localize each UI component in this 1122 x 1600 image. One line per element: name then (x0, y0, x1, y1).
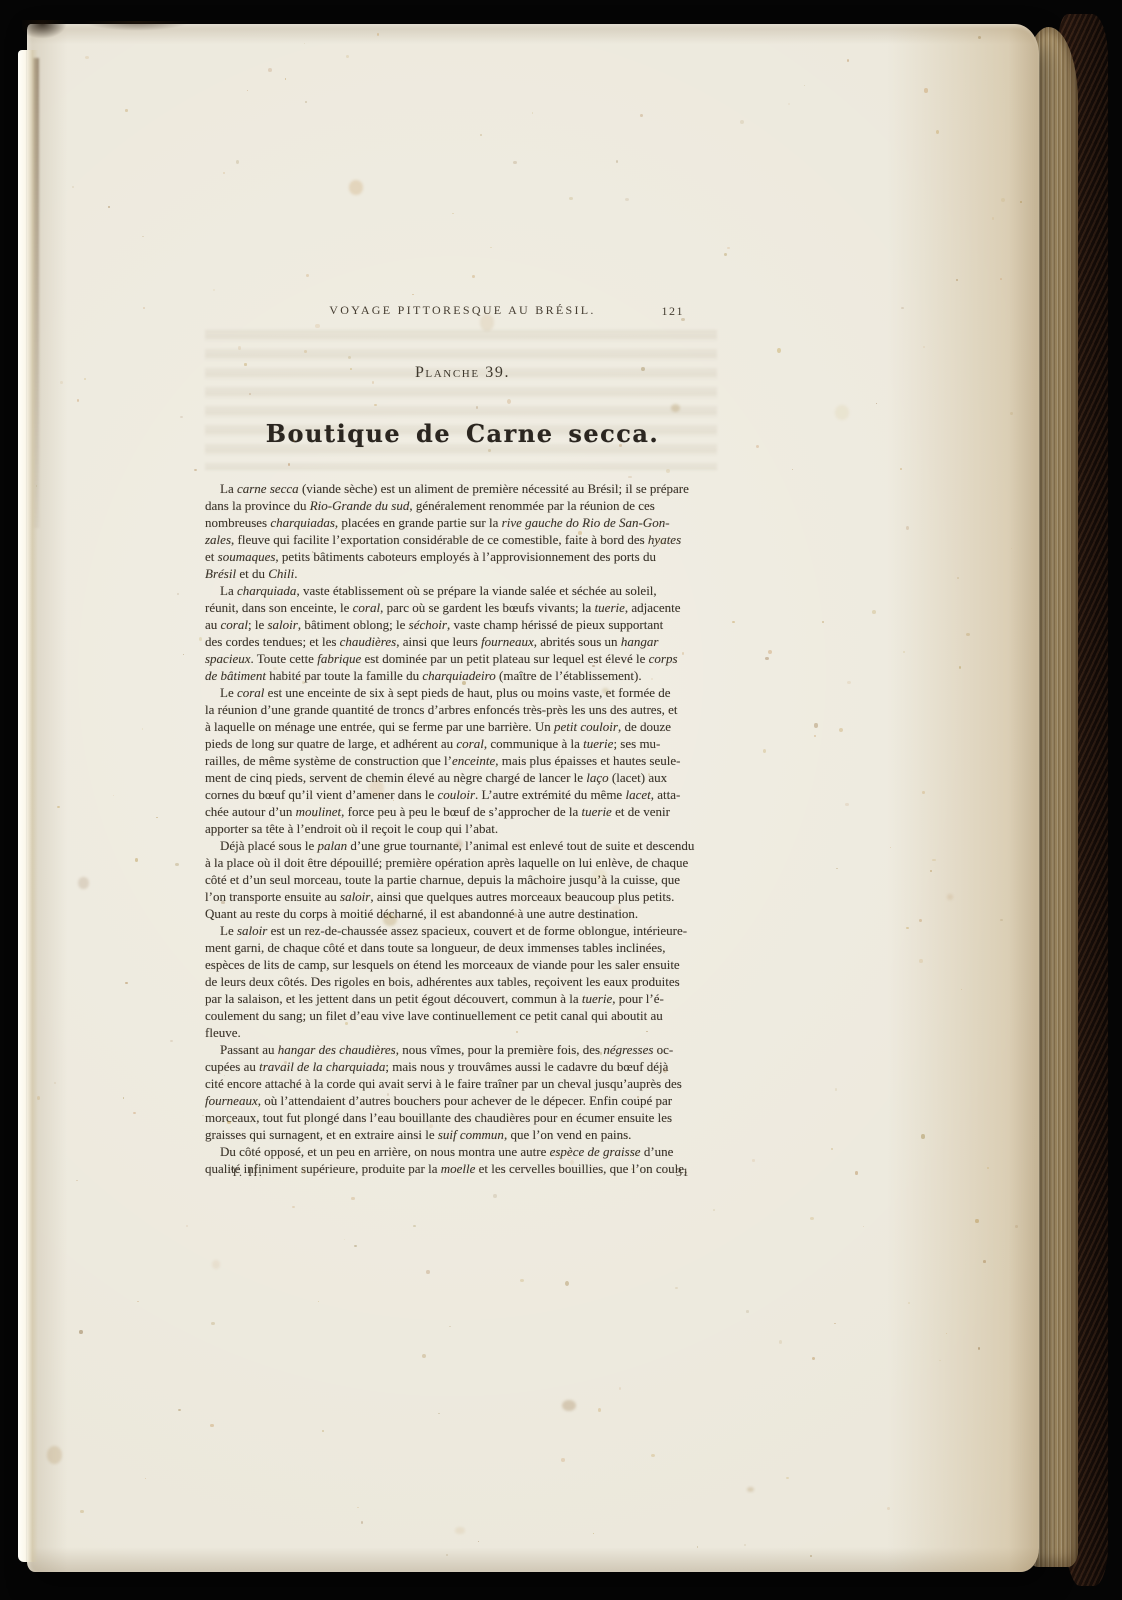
foxing-spot (304, 43, 306, 45)
foxing-spot (978, 36, 982, 40)
foxing-spot (876, 403, 877, 404)
foxing-spot (306, 274, 309, 277)
text-line: railles, de même système de construction… (205, 752, 720, 769)
text-line: La carne secca (viande sèche) est un ali… (205, 480, 720, 497)
foxing-spot (72, 186, 74, 188)
foxing-spot (175, 863, 179, 867)
foxing-spot (732, 621, 735, 623)
text-line: au coral; le saloir, bâtiment oblong; le… (205, 616, 720, 633)
foxing-spot (561, 1458, 565, 1461)
foxing-spot (651, 1454, 655, 1457)
foxing-spot (746, 1310, 749, 1312)
text-line: Déjà placé sous le palan d’une grue tour… (205, 837, 720, 854)
text-line: la réunion d’une grande quantité de tron… (205, 701, 720, 718)
foxing-spot (923, 346, 925, 348)
page-gutter-edge (18, 50, 38, 1562)
text-line: Le coral est une enceinte de six à sept … (205, 684, 720, 701)
text-line: spacieux. Toute cette fabrique est domin… (205, 650, 720, 667)
foxing-spot (305, 101, 307, 103)
foxing-spot (236, 160, 240, 164)
foxing-spot (446, 1554, 448, 1557)
foxing-spot (351, 1197, 354, 1201)
foxing-spot (906, 526, 909, 530)
foxing-spot (957, 577, 959, 579)
foxing-spot (939, 1360, 941, 1362)
foxing-spot (947, 894, 954, 899)
foxing-spot (292, 1206, 295, 1208)
foxing-spot (455, 1527, 465, 1535)
foxing-spot (422, 1354, 426, 1359)
foxing-spot (863, 1226, 864, 1227)
foxing-spot (593, 1533, 594, 1534)
foxing-spot (983, 1260, 986, 1263)
foxing-spot (946, 1333, 947, 1334)
foxing-spot (906, 927, 908, 929)
text-line: Brésil et du Chili. (205, 565, 720, 582)
paper-page: VOYAGE PITTORESQUE AU BRÉSIL. 121 Planch… (27, 24, 1039, 1572)
foxing-spot (959, 666, 961, 669)
text-line: des cordes tendues; et les chaudières, a… (205, 633, 720, 650)
foxing-spot (756, 445, 759, 448)
foxing-spot (908, 1302, 910, 1304)
text-line: cité encore attaché à la corde qui avait… (205, 1075, 720, 1092)
foxing-spot (84, 378, 86, 380)
text-line: Le saloir est un rez-de-chaussée assez s… (205, 922, 720, 939)
text-line: côté et d’un seul morceau, toute la part… (205, 871, 720, 888)
text-line: fleuve. (205, 1024, 720, 1041)
foxing-spot (961, 989, 962, 990)
text-line: de bâtiment habité par toute la famille … (205, 667, 720, 684)
foxing-spot (872, 610, 876, 614)
foxing-spot (724, 253, 727, 256)
foxing-spot (137, 1301, 139, 1302)
top-edge-smudge (85, 21, 215, 34)
foxing-spot (792, 469, 793, 470)
foxing-spot (178, 1409, 182, 1412)
text-line: nombreuses charquiadas, placées en grand… (205, 514, 720, 531)
foxing-spot (413, 1225, 416, 1227)
foxing-spot (890, 847, 891, 848)
foxing-spot (135, 858, 139, 862)
foxing-spot (202, 1115, 203, 1116)
foxing-spot (936, 130, 939, 134)
foxing-spot (625, 198, 629, 201)
foxing-spot (835, 405, 849, 420)
foxing-spot (357, 1507, 359, 1508)
text-line: coulement du sang; un filet d’eau vive l… (205, 1007, 720, 1024)
foxing-spot (768, 650, 772, 654)
text-line: Du côté opposé, et un peu en arrière, on… (205, 1143, 720, 1160)
foxing-spot (834, 1323, 836, 1324)
foxing-spot (887, 1507, 890, 1510)
text-line: réunit, dans son enceinte, le coral, par… (205, 599, 720, 616)
foxing-spot (847, 59, 849, 62)
foxing-spot (810, 1217, 814, 1220)
foxing-spot (855, 1171, 858, 1174)
foxing-spot (956, 279, 958, 282)
foxing-spot (640, 114, 643, 118)
foxing-spot (210, 1424, 214, 1428)
text-line: ment de cinq pieds, servent de chemin él… (205, 769, 720, 786)
foxing-spot (922, 791, 925, 794)
text-line: l’on transporte ensuite au saloir, ainsi… (205, 888, 720, 905)
foxing-spot (472, 275, 475, 278)
foxing-spot (814, 735, 816, 737)
foxing-spot (788, 103, 790, 105)
foxing-spot (142, 236, 144, 237)
tome-label: T. II. (231, 1165, 263, 1180)
foxing-spot (513, 161, 517, 165)
foxing-spot (85, 56, 89, 59)
foxing-spot (186, 1225, 188, 1227)
foxing-spot (143, 307, 145, 309)
foxing-spot (315, 324, 319, 328)
foxing-spot (1001, 198, 1005, 202)
foxing-spot (194, 469, 197, 471)
foxing-spot (562, 1400, 576, 1411)
foxing-spot (322, 1430, 325, 1432)
foxing-spot (212, 1260, 220, 1270)
foxing-spot (493, 1194, 497, 1198)
text-line: à la place où il doit être dépouillé; pr… (205, 854, 720, 871)
header-title: VOYAGE PITTORESQUE AU BRÉSIL. (205, 303, 720, 318)
foxing-spot (752, 1159, 755, 1161)
running-header: VOYAGE PITTORESQUE AU BRÉSIL. 121 (205, 303, 720, 321)
foxing-spot (1015, 1225, 1018, 1228)
foxing-spot (598, 1408, 602, 1412)
foxing-spot (987, 1167, 989, 1169)
foxing-spot (628, 476, 632, 479)
plate-label: Planche 39. (205, 364, 720, 382)
text-line: par la salaison, et les jettent dans un … (205, 990, 720, 1007)
foxing-spot (183, 654, 184, 655)
text-line: cornes du bœuf qu’il vient d’amener dans… (205, 786, 720, 803)
foxing-spot (930, 870, 932, 871)
foxing-spot (619, 1387, 621, 1390)
foxing-spot (1011, 548, 1012, 549)
foxing-spot (60, 381, 63, 384)
foxing-spot (177, 593, 179, 595)
signature-number: 31 (676, 1165, 689, 1180)
body-text: La carne secca (viande sèche) est un ali… (205, 480, 720, 1177)
foxing-spot (247, 90, 248, 91)
foxing-spot (438, 1413, 440, 1414)
foxing-spot (361, 1521, 363, 1524)
foxing-spot (924, 88, 928, 92)
foxing-spot (346, 55, 349, 58)
foxing-spot (616, 160, 618, 163)
foxing-spot (740, 120, 744, 124)
text-line: graisses qui surnagent, et en extraire a… (205, 1126, 720, 1143)
foxing-spot (113, 795, 114, 796)
foxing-spot (54, 1082, 56, 1085)
foxing-spot (354, 1245, 357, 1247)
foxing-spot (900, 468, 902, 470)
foxing-spot (145, 1478, 147, 1479)
text-line: morceaux, tout fut plongé dans l’eau bou… (205, 1109, 720, 1126)
text-line: cupées au travail de la charquiada; mais… (205, 1058, 720, 1075)
foxing-spot (919, 919, 922, 922)
foxing-spot (835, 1088, 838, 1090)
foxing-spot (285, 78, 287, 80)
foxing-spot (520, 1279, 524, 1282)
foxing-spot (170, 1040, 173, 1042)
foxing-spot (847, 681, 851, 684)
foxing-spot (1020, 201, 1023, 203)
foxing-spot (76, 1180, 78, 1182)
foxing-spot (932, 859, 936, 862)
text-line: ment garni, de chaque côté et dans toute… (205, 939, 720, 956)
foxing-spot (777, 348, 781, 353)
text-line: chée autour d’un moulinet, force peu à p… (205, 803, 720, 820)
page-number: 121 (662, 304, 685, 319)
text-line: espèces de lits de camp, sur lesquels on… (205, 956, 720, 973)
foxing-spot (142, 728, 143, 730)
foxing-spot (831, 1148, 833, 1149)
foxing-spot (108, 206, 111, 209)
text-line: et soumaques, petits bâtiments caboteurs… (205, 548, 720, 565)
foxing-spot (822, 621, 824, 623)
foxing-spot (697, 1546, 698, 1548)
foxing-spot (349, 180, 363, 195)
foxing-spot (344, 1239, 346, 1240)
foxing-spot (57, 806, 61, 809)
text-line: fourneaux, où l’attendaient d’autres bou… (205, 1092, 720, 1109)
foxing-spot (765, 657, 769, 661)
foxing-spot (452, 213, 454, 215)
foxing-spot (921, 1134, 925, 1138)
foxing-spot (992, 217, 994, 219)
foxing-spot (565, 1281, 569, 1287)
foxing-spot (199, 637, 203, 641)
photo-stage: VOYAGE PITTORESQUE AU BRÉSIL. 121 Planch… (0, 0, 1122, 1600)
page-title: Boutique de Carne secca. (205, 419, 720, 448)
foxing-spot (223, 172, 225, 174)
foxing-spot (211, 1322, 215, 1325)
foxing-spot (156, 817, 158, 819)
foxing-spot (978, 1347, 980, 1350)
foxing-spot (966, 633, 970, 636)
foxing-spot (804, 85, 805, 86)
text-line: zales, fleuve qui facilite l’exportation… (205, 531, 720, 548)
foxing-spot (77, 399, 80, 402)
foxing-spot (1010, 412, 1013, 415)
foxing-spot (47, 1446, 62, 1464)
foxing-spot (490, 247, 491, 248)
foxing-spot (569, 197, 573, 200)
foxing-spot (1000, 278, 1001, 280)
foxing-spot (449, 1326, 451, 1327)
text-line: apporter sa tête à l’endroit où il reçoi… (205, 820, 720, 837)
text-line: de leurs deux côtés. Des rigoles en bois… (205, 973, 720, 990)
corner-smudge (22, 20, 80, 42)
foxing-spot (812, 1357, 815, 1360)
foxing-spot (810, 1555, 812, 1557)
foxing-spot (1000, 919, 1002, 921)
foxing-spot (901, 307, 904, 309)
foxing-spot (79, 1330, 83, 1334)
foxing-spot (78, 877, 88, 889)
foxing-spot (675, 1287, 678, 1289)
foxing-spot (903, 651, 905, 653)
foxing-spot (125, 109, 128, 111)
text-line: pieds de long sur quatre de large, et ad… (205, 735, 720, 752)
foxing-spot (919, 959, 922, 963)
foxing-spot (532, 112, 534, 114)
foxing-spot (377, 33, 379, 36)
page-footer: T. II. 31 (205, 1165, 720, 1181)
foxing-spot (975, 1219, 979, 1224)
foxing-spot (318, 1301, 319, 1303)
foxing-spot (180, 416, 183, 419)
foxing-spot (426, 1270, 429, 1274)
text-line: dans la province du Rio-Grande du sud, g… (205, 497, 720, 514)
foxing-spot (133, 1112, 136, 1114)
text-line: Quant au reste du corps à moitié décharn… (205, 905, 720, 922)
text-line: Passant au hangar des chaudières, nous v… (205, 1041, 720, 1058)
text-line: La charquiada, vaste établissement où se… (205, 582, 720, 599)
foxing-spot (412, 294, 413, 295)
foxing-spot (480, 134, 482, 136)
foxing-spot (786, 1477, 789, 1480)
foxing-spot (763, 749, 766, 753)
foxing-spot (268, 68, 272, 72)
show-through-text (205, 330, 717, 470)
foxing-spot (713, 1209, 716, 1211)
foxing-spot (845, 803, 849, 807)
foxing-spot (744, 1544, 746, 1546)
foxing-spot (747, 1487, 754, 1492)
foxing-spot (123, 1097, 125, 1099)
text-line: à laquelle on ménage une entrée, qui se … (205, 718, 720, 735)
foxing-spot (836, 868, 838, 870)
foxing-spot (478, 1541, 480, 1542)
foxing-spot (125, 982, 127, 984)
foxing-spot (80, 1510, 84, 1513)
foxing-spot (814, 723, 818, 727)
foxing-spot (839, 728, 843, 732)
foxing-spot (779, 1340, 782, 1344)
foxing-spot (213, 289, 216, 291)
foxing-spot (727, 247, 729, 250)
